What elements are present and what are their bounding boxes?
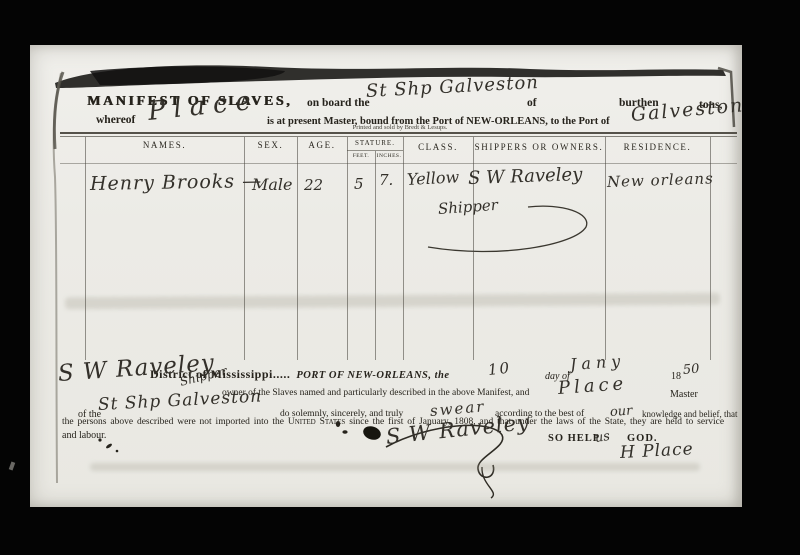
- row-age: 22: [304, 176, 323, 194]
- column-header-class: CLASS.: [403, 142, 473, 152]
- ink-speck-4: [105, 443, 112, 450]
- column-header-residence: RESIDENCE.: [605, 142, 710, 152]
- whereof-label: whereof: [96, 114, 135, 126]
- body-end: and labour.: [62, 430, 106, 441]
- printer-imprint: Printed and sold by Bredt & Lesups.: [260, 124, 540, 131]
- port-label: PORT OF NEW-ORLEANS, the: [296, 370, 449, 381]
- row-class: Yellow: [407, 167, 460, 189]
- column-line: [605, 137, 606, 360]
- torn-edge-blotch: [90, 67, 285, 86]
- row-stature-feet: 5: [354, 175, 364, 193]
- column-header-names: NAMES.: [85, 140, 244, 150]
- header-rule-thin: [60, 136, 737, 137]
- column-line: [347, 137, 348, 360]
- us-handwritten: us: [594, 429, 611, 446]
- row-stature-inches: 7.: [379, 171, 393, 189]
- month-handwritten: Jany: [569, 351, 625, 374]
- year-value-handwritten: 50: [682, 362, 700, 378]
- column-header-age: AGE.: [297, 140, 347, 150]
- manifest-document: MANIFEST OF SLAVES, on board the St Shp …: [30, 45, 742, 507]
- body-united-states: United States: [288, 417, 345, 427]
- ink-speck-5: [116, 450, 119, 453]
- column-line: [375, 151, 376, 360]
- row-shipper: S W Raveley: [468, 164, 583, 189]
- column-line: [403, 137, 404, 360]
- column-line: [297, 137, 298, 360]
- header-rule-thick: [60, 132, 737, 134]
- row-residence: New orleans: [607, 169, 714, 191]
- day-value-handwritten: 10: [487, 359, 512, 379]
- on-board-label: on board the: [307, 97, 370, 109]
- master-signature: H Place: [619, 439, 694, 463]
- so-help-label: SO HELP: [548, 433, 600, 444]
- row-sex: Male: [252, 175, 293, 194]
- column-header-sex: SEX.: [244, 140, 297, 150]
- column-header-shippers: SHIPPERS OR OWNERS.: [473, 142, 605, 152]
- ink-speck-2: [342, 430, 347, 434]
- of-label: of: [527, 97, 537, 109]
- scan-smudge-band: [90, 463, 700, 471]
- microfilm-scan: MANIFEST OF SLAVES, on board the St Shp …: [0, 0, 800, 555]
- row-name: Henry Brooks —: [90, 170, 262, 195]
- master-label: Master: [670, 389, 698, 400]
- column-header-feet: FEET.: [347, 153, 375, 159]
- column-header-stature: STATURE.: [347, 139, 403, 147]
- signature-descender: [482, 467, 493, 498]
- body-pre: the persons above described were not imp…: [62, 417, 284, 427]
- scan-speck: [9, 462, 15, 471]
- column-line: [85, 137, 86, 360]
- year-prefix: 18: [671, 371, 681, 382]
- column-header-inches: INCHES.: [375, 153, 403, 159]
- table-header-underline: [60, 163, 737, 164]
